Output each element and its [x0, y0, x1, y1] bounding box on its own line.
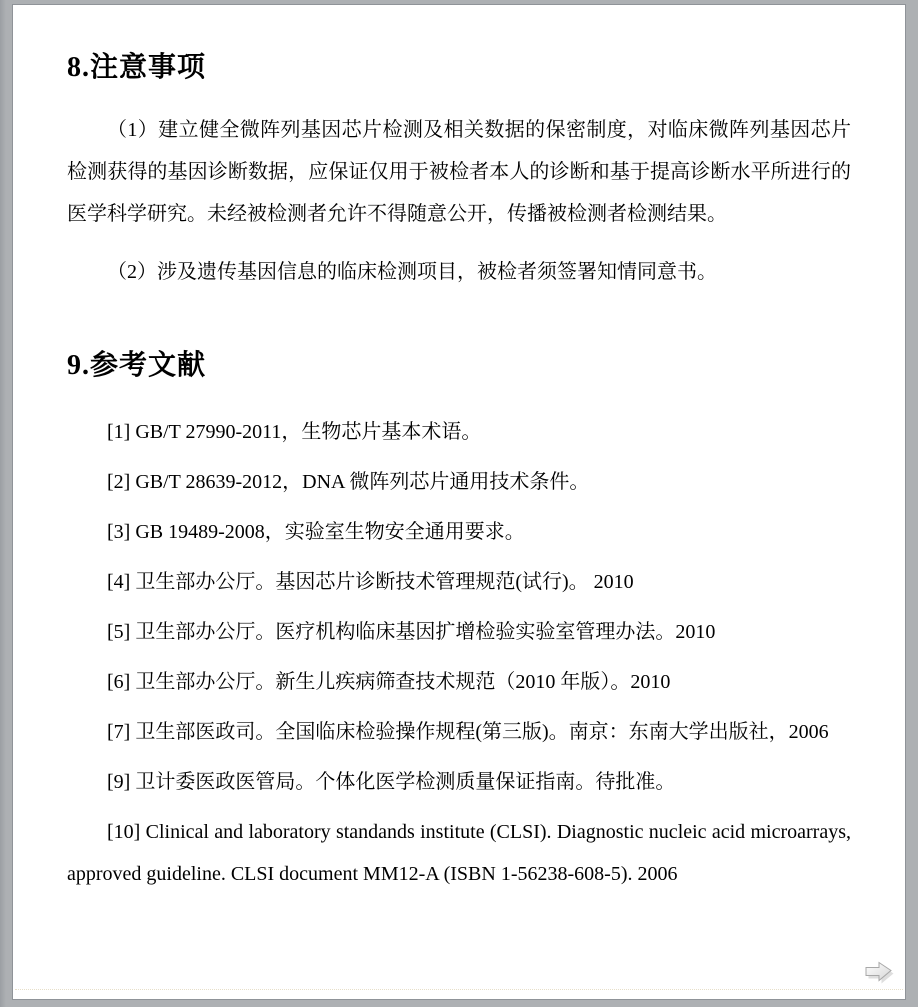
section-8-paragraph-2: （2）涉及遗传基因信息的临床检测项目，被检者须签署知情同意书。 [67, 251, 851, 293]
reference-item: [7] 卫生部医政司。全国临床检验操作规程(第三版)。南京：东南大学出版社，20… [67, 711, 851, 753]
reference-item: [2] GB/T 28639-2012，DNA 微阵列芯片通用技术条件。 [67, 461, 851, 503]
reference-item: [5] 卫生部办公厅。医疗机构临床基因扩增检验实验室管理办法。2010 [67, 611, 851, 653]
reference-item: [4] 卫生部办公厅。基因芯片诊断技术管理规范(试行)。 2010 [67, 561, 851, 603]
reference-item: [9] 卫计委医政医管局。个体化医学检测质量保证指南。待批准。 [67, 761, 851, 803]
text-boundary-line [15, 989, 903, 990]
reference-item: [1] GB/T 27990-2011，生物芯片基本术语。 [67, 411, 851, 453]
next-page-arrow-icon[interactable] [863, 956, 895, 986]
document-page: 8.注意事项 （1）建立健全微阵列基因芯片检测及相关数据的保密制度，对临床微阵列… [12, 4, 906, 1000]
section-9-heading: 9.参考文献 [67, 349, 851, 383]
reference-item: [6] 卫生部办公厅。新生儿疾病筛查技术规范（2010 年版）。2010 [67, 661, 851, 703]
reference-item: [3] GB 19489-2008，实验室生物安全通用要求。 [67, 511, 851, 553]
section-8-heading: 8.注意事项 [67, 51, 851, 85]
reference-item: [10] Clinical and laboratory standands i… [67, 811, 851, 895]
document-viewer-canvas: 8.注意事项 （1）建立健全微阵列基因芯片检测及相关数据的保密制度，对临床微阵列… [0, 0, 918, 1007]
section-8-paragraph-1: （1）建立健全微阵列基因芯片检测及相关数据的保密制度，对临床微阵列基因芯片检测获… [67, 109, 851, 235]
